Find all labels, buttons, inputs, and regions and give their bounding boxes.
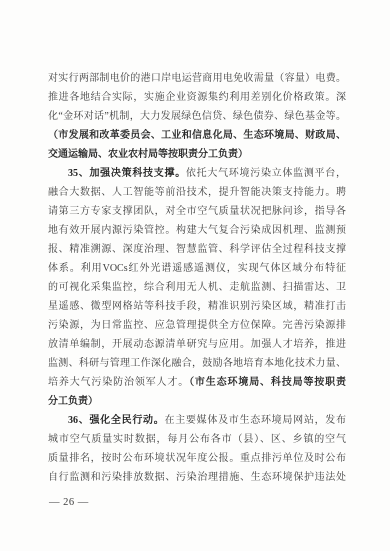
text-segment: 依托大气环境污染立体监测平台， [186,168,346,179]
text-segment: 在主要媒体及市生态环境局网站，发布 [164,415,346,426]
text-segment: 培养大气污染防治领军人才。 [48,377,189,388]
text-line: 推进各地结合实际，实施企业资源集约利用差别化价格政策。深 [48,88,346,107]
text-segment: 的可视化采集监控，综合利用无人机、走航监测、扫描雷达、卫 [48,282,346,293]
document-text-block: 对实行两部制电价的港口岸电运营商用电免收需量（容量）电费。推进各地结合实际，实施… [48,69,346,487]
text-line: 放清单编制，开展动态源清单研究与应用。加强人才培养，推进 [48,335,346,354]
text-segment: 城市空气质量实时数据，每月公布各市（县）、区、乡镇的空气 [48,434,346,445]
text-line: 质量排名，按时公布环境状况年度公报。重点排污单位及时公布 [48,449,346,468]
text-segment: 融合大数据、人工智能等前沿技术，提升智能决策支持能力。聘 [48,187,346,198]
text-line: 化“金环对话”机制，大力发展绿色信贷、绿色债券、绿色基金等。 [48,107,346,126]
text-line: 的可视化采集监控，综合利用无人机、走航监测、扫描雷达、卫 [48,278,346,297]
text-segment: 体系。利用VOCs红外光谱遥感遥测仪，实现气体区域分布特征 [48,263,346,274]
text-segment: （市生态环境局、科技局等按职责 [189,377,346,388]
text-line: 请第三方专家支撑团队，对全市空气质量状况把脉问诊，指导各 [48,202,346,221]
text-segment: 35、加强决策科技支撑。 [68,168,186,179]
page-number: — 26 — [49,497,89,508]
text-segment: 星遥感、微型网格站等科技手段，精准识别污染区域，精准打击 [48,301,346,312]
text-segment: 对实行两部制电价的港口岸电运营商用电免收需量（容量）电费。 [48,73,346,84]
text-segment: 化“金环对话”机制，大力发展绿色信贷、绿色债券、绿色基金等。 [48,111,346,122]
text-segment: 监测、科研与管理工作深化融合，鼓励各地培育本地化技术力量、 [48,358,346,369]
text-segment: 交通运输局、农业农村局等按职责分工负责） [48,149,248,160]
text-segment: 地有效开展内源污染管控。构建大气复合污染成因机理、监测预 [48,225,346,236]
text-segment: （市发展和改革委员会、工业和信息化局、生态环境局、财政局、 [48,130,346,141]
text-segment: 36、强化全民行动。 [68,415,164,426]
text-line: 污染源，为日常监控、应急管理提供全方位保障。完善污染源排 [48,316,346,335]
text-line: 自行监测和污染排放数据、污染治理措施、生态环境保护违法处 [48,468,346,487]
text-line: 36、强化全民行动。在主要媒体及市生态环境局网站，发布 [48,411,346,430]
text-segment: 放清单编制，开展动态源清单研究与应用。加强人才培养，推进 [48,339,346,350]
text-line: 分工负责） [48,392,346,411]
document-page: 对实行两部制电价的港口岸电运营商用电免收需量（容量）电费。推进各地结合实际，实施… [0,0,390,551]
text-line: 培养大气污染防治领军人才。（市生态环境局、科技局等按职责 [48,373,346,392]
text-segment: 报、精准溯源、深度治理、智慧监管、科学评估全过程科技支撑 [48,244,346,255]
text-line: 融合大数据、人工智能等前沿技术，提升智能决策支持能力。聘 [48,183,346,202]
text-line: 对实行两部制电价的港口岸电运营商用电免收需量（容量）电费。 [48,69,346,88]
text-line: 体系。利用VOCs红外光谱遥感遥测仪，实现气体区域分布特征 [48,259,346,278]
text-segment: 质量排名，按时公布环境状况年度公报。重点排污单位及时公布 [48,453,346,464]
text-segment: 请第三方专家支撑团队，对全市空气质量状况把脉问诊，指导各 [48,206,346,217]
text-line: 报、精准溯源、深度治理、智慧监管、科学评估全过程科技支撑 [48,240,346,259]
text-line: 地有效开展内源污染管控。构建大气复合污染成因机理、监测预 [48,221,346,240]
text-line: 交通运输局、农业农村局等按职责分工负责） [48,145,346,164]
text-segment: 分工负责） [48,396,98,407]
text-line: 35、加强决策科技支撑。依托大气环境污染立体监测平台， [48,164,346,183]
text-line: （市发展和改革委员会、工业和信息化局、生态环境局、财政局、 [48,126,346,145]
text-line: 星遥感、微型网格站等科技手段，精准识别污染区域，精准打击 [48,297,346,316]
text-segment: 污染源，为日常监控、应急管理提供全方位保障。完善污染源排 [48,320,346,331]
text-line: 监测、科研与管理工作深化融合，鼓励各地培育本地化技术力量、 [48,354,346,373]
text-segment: 自行监测和污染排放数据、污染治理措施、生态环境保护违法处 [48,472,346,483]
text-line: 城市空气质量实时数据，每月公布各市（县）、区、乡镇的空气 [48,430,346,449]
text-segment: 推进各地结合实际，实施企业资源集约利用差别化价格政策。深 [48,92,346,103]
